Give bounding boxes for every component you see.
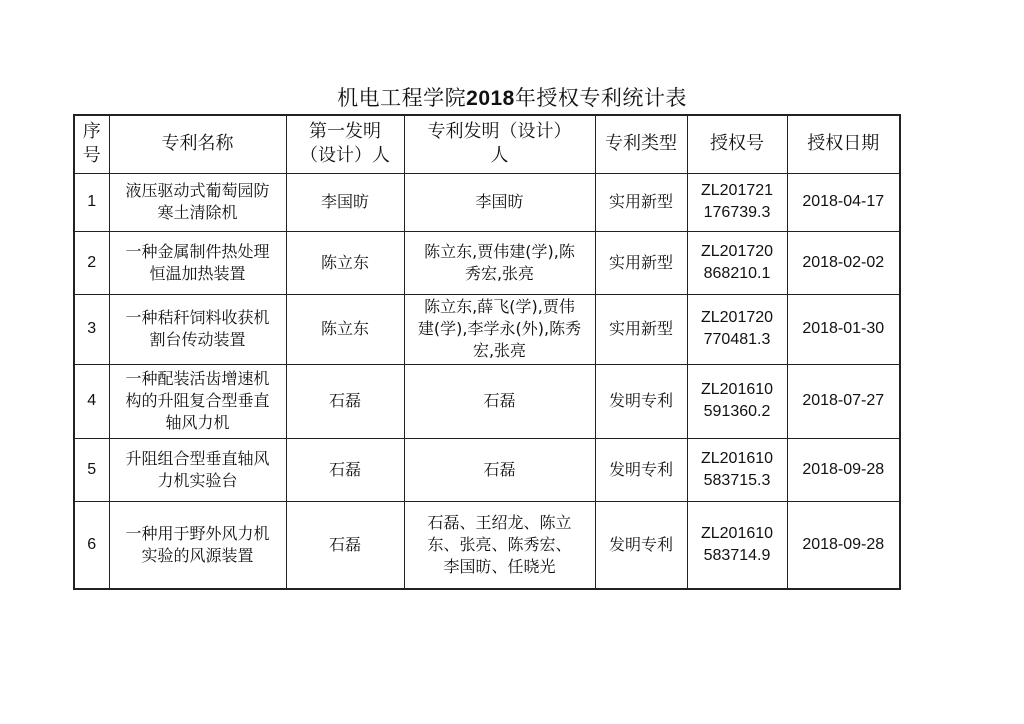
row-first-inventor: 陈立东 — [286, 231, 404, 294]
row-grant-date: 2018-09-28 — [787, 501, 900, 589]
header-patent-type: 专利类型 — [595, 115, 687, 173]
header-first-inventor: 第一发明 （设计）人 — [286, 115, 404, 173]
header-grant-date: 授权日期 — [787, 115, 900, 173]
row-patent-type: 实用新型 — [595, 294, 687, 364]
row-seq: 5 — [74, 438, 109, 501]
row-first-inventor: 石磊 — [286, 501, 404, 589]
header-seq: 序 号 — [74, 115, 109, 173]
row-grant-date: 2018-04-17 — [787, 173, 900, 231]
row-patent-type: 发明专利 — [595, 438, 687, 501]
row-patent-number: ZL201720 868210.1 — [687, 231, 787, 294]
table-row: 5 升阻组合型垂直轴风 力机实验台 石磊 石磊 发明专利 ZL201610 58… — [74, 438, 900, 501]
table-row: 2 一种金属制件热处理 恒温加热装置 陈立东 陈立东,贾伟建(学),陈 秀宏,张… — [74, 231, 900, 294]
row-patent-name: 液压驱动式葡萄园防 寒土清除机 — [109, 173, 286, 231]
row-inventors: 石磊 — [404, 364, 595, 438]
row-grant-date: 2018-07-27 — [787, 364, 900, 438]
header-patent-name: 专利名称 — [109, 115, 286, 173]
table-row: 3 一种秸秆饲料收获机 割台传动装置 陈立东 陈立东,薛飞(学),贾伟 建(学)… — [74, 294, 900, 364]
row-grant-date: 2018-01-30 — [787, 294, 900, 364]
row-patent-number: ZL201610 591360.2 — [687, 364, 787, 438]
row-patent-name: 一种秸秆饲料收获机 割台传动装置 — [109, 294, 286, 364]
row-patent-number: ZL201720 770481.3 — [687, 294, 787, 364]
table-row: 6 一种用于野外风力机 实验的风源装置 石磊 石磊、王绍龙、陈立 东、张亮、陈秀… — [74, 501, 900, 589]
row-seq: 6 — [74, 501, 109, 589]
row-patent-name: 一种用于野外风力机 实验的风源装置 — [109, 501, 286, 589]
row-first-inventor: 李国昉 — [286, 173, 404, 231]
header-row: 序 号 专利名称 第一发明 （设计）人 专利发明（设计） 人 专利类型 授权号 … — [74, 115, 900, 173]
row-patent-name: 升阻组合型垂直轴风 力机实验台 — [109, 438, 286, 501]
row-patent-type: 实用新型 — [595, 231, 687, 294]
row-first-inventor: 石磊 — [286, 438, 404, 501]
row-grant-date: 2018-02-02 — [787, 231, 900, 294]
title-prefix: 机电工程学院 — [337, 86, 466, 110]
table-row: 1 液压驱动式葡萄园防 寒土清除机 李国昉 李国昉 实用新型 ZL201721 … — [74, 173, 900, 231]
row-inventors: 李国昉 — [404, 173, 595, 231]
row-grant-date: 2018-09-28 — [787, 438, 900, 501]
table-row: 4 一种配装活齿增速机 构的升阻复合型垂直 轴风力机 石磊 石磊 发明专利 ZL… — [74, 364, 900, 438]
row-patent-number: ZL201721 176739.3 — [687, 173, 787, 231]
row-seq: 4 — [74, 364, 109, 438]
row-inventors: 石磊、王绍龙、陈立 东、张亮、陈秀宏、 李国昉、任晓光 — [404, 501, 595, 589]
row-seq: 1 — [74, 173, 109, 231]
row-inventors: 陈立东,贾伟建(学),陈 秀宏,张亮 — [404, 231, 595, 294]
row-first-inventor: 石磊 — [286, 364, 404, 438]
page-title: 机电工程学院2018年授权专利统计表 — [0, 84, 1024, 113]
patent-statistics-table: 序 号 专利名称 第一发明 （设计）人 专利发明（设计） 人 专利类型 授权号 … — [73, 114, 901, 590]
row-first-inventor: 陈立东 — [286, 294, 404, 364]
row-patent-number: ZL201610 583715.3 — [687, 438, 787, 501]
row-inventors: 石磊 — [404, 438, 595, 501]
header-inventors: 专利发明（设计） 人 — [404, 115, 595, 173]
row-patent-type: 发明专利 — [595, 501, 687, 589]
row-seq: 3 — [74, 294, 109, 364]
row-patent-type: 实用新型 — [595, 173, 687, 231]
row-patent-number: ZL201610 583714.9 — [687, 501, 787, 589]
row-seq: 2 — [74, 231, 109, 294]
row-patent-type: 发明专利 — [595, 364, 687, 438]
title-year: 2018 — [466, 87, 515, 110]
row-inventors: 陈立东,薛飞(学),贾伟 建(学),李学永(外),陈秀 宏,张亮 — [404, 294, 595, 364]
row-patent-name: 一种金属制件热处理 恒温加热装置 — [109, 231, 286, 294]
row-patent-name: 一种配装活齿增速机 构的升阻复合型垂直 轴风力机 — [109, 364, 286, 438]
title-suffix: 年授权专利统计表 — [515, 86, 687, 110]
header-patent-number: 授权号 — [687, 115, 787, 173]
